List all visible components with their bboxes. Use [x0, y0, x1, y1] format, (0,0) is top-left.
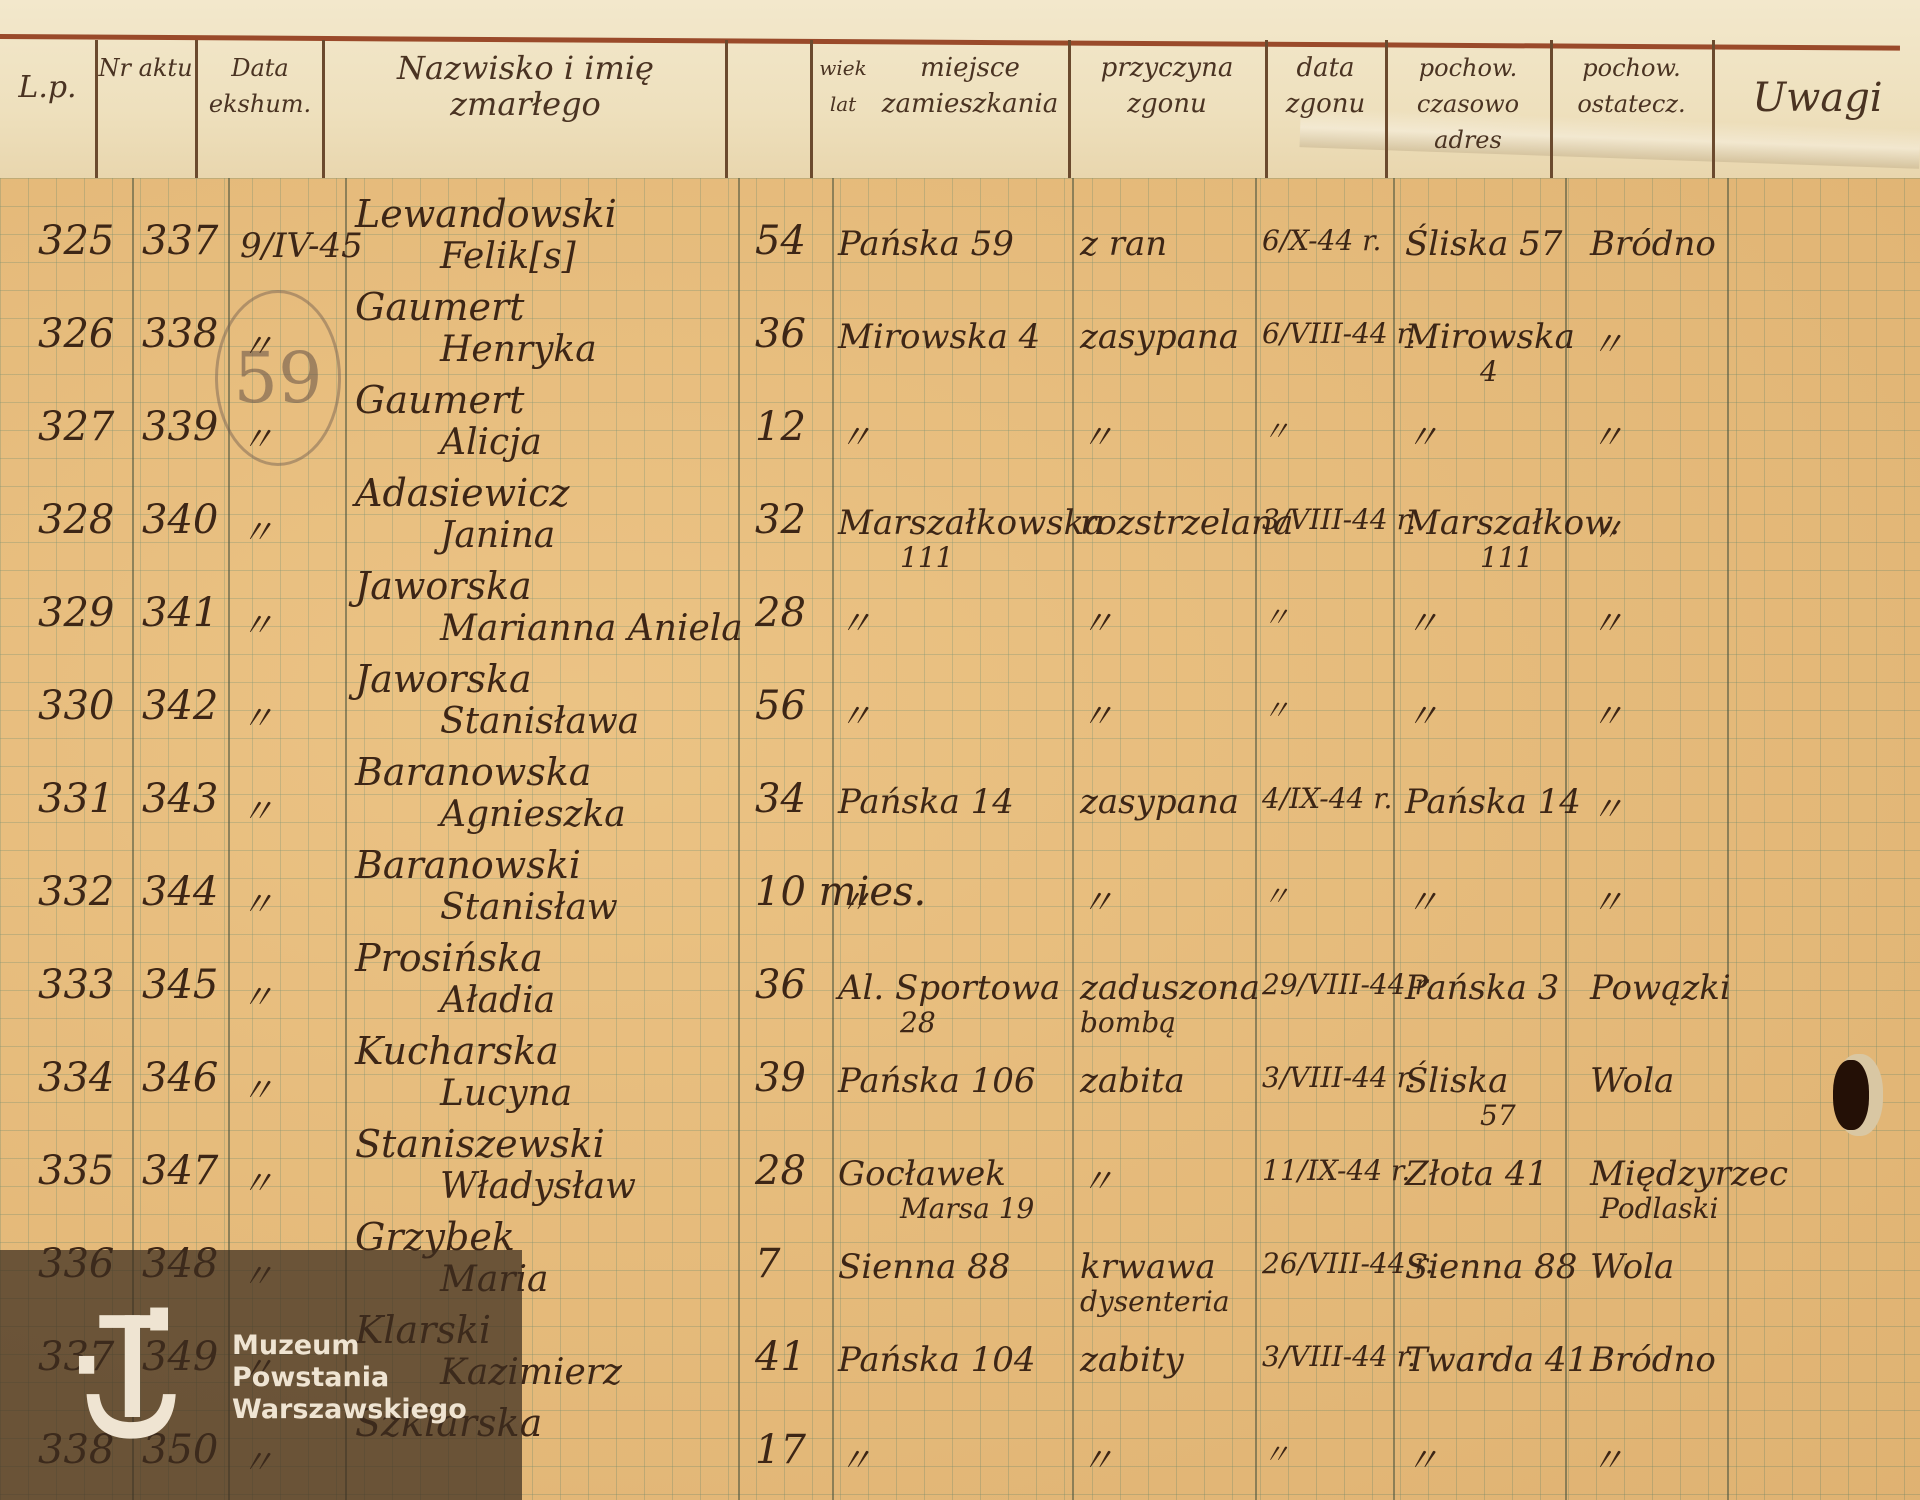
cell-surname: Lewandowski: [355, 192, 617, 236]
cell-final-burial: 〃: [1590, 317, 1624, 366]
cell-akt: 346: [142, 1055, 218, 1101]
cell-lp: 331: [38, 776, 114, 822]
cell-temp-burial-sub: 111: [1480, 541, 1533, 574]
cell-temp-burial: Twarda 41: [1405, 1340, 1588, 1380]
cell-residence: Pańska 104: [838, 1340, 1036, 1380]
cell-final-burial: 〃: [1590, 875, 1624, 924]
cell-akt: 343: [142, 776, 218, 822]
table-row: 328 340 〃 Adasiewicz Janina 32 Marszałko…: [0, 479, 1920, 574]
cell-age: 34: [755, 776, 806, 822]
cell-cause: 〃: [1080, 875, 1114, 924]
cell-residence: Pańska 14: [838, 782, 1014, 822]
cell-residence: Mirowska 4: [838, 317, 1040, 357]
cell-ekshum: 〃: [240, 784, 274, 833]
cell-akt: 337: [142, 218, 218, 264]
cell-temp-burial-sub: 57: [1480, 1099, 1516, 1132]
cell-death-date: 3/VIII-44 r.: [1262, 1061, 1416, 1094]
cell-ekshum: 〃: [240, 691, 274, 740]
cell-akt: 339: [142, 404, 218, 450]
cell-temp-burial: Sienna 88: [1405, 1247, 1577, 1287]
cell-lp: 329: [38, 590, 114, 636]
cell-age: 28: [755, 1148, 806, 1194]
cell-age: 28: [755, 590, 806, 636]
cell-cause: z ran: [1080, 224, 1167, 264]
header-divider: [322, 40, 325, 185]
cell-death-date: 4/IX-44 r.: [1262, 782, 1392, 815]
cell-lp: 334: [38, 1055, 114, 1101]
cell-surname: Gaumert: [355, 285, 524, 329]
museum-name: Muzeum Powstania Warszawskiego: [232, 1330, 467, 1426]
cell-temp-burial: 〃: [1405, 596, 1439, 645]
cell-residence-sub: 111: [900, 541, 953, 574]
cell-residence: Al. Sportowa: [838, 968, 1060, 1008]
cell-residence-sub: 28: [900, 1006, 936, 1039]
cell-lp: 325: [38, 218, 114, 264]
cell-lp: 332: [38, 869, 114, 915]
cell-death-date: 3/VIII-44 r.: [1262, 1340, 1416, 1373]
cell-ekshum: 〃: [240, 319, 274, 368]
cell-temp-burial-sub: 4: [1480, 355, 1498, 388]
cell-residence: 〃: [838, 689, 872, 738]
cell-lp: 328: [38, 497, 114, 543]
cell-temp-burial: 〃: [1405, 689, 1439, 738]
cell-age: 7: [755, 1241, 780, 1287]
cell-residence: 〃: [838, 596, 872, 645]
register-header: L.p. Nr aktu Data ekshum. Nazwisko i imi…: [0, 0, 1920, 185]
cell-surname: Adasiewicz: [355, 471, 570, 515]
cell-final-burial: Międzyrzec: [1590, 1154, 1788, 1194]
header-rule: [0, 34, 1900, 51]
cell-age: 36: [755, 311, 806, 357]
table-row: 333 345 〃 Prosińska Aładia 36 Al. Sporto…: [0, 944, 1920, 1039]
cell-death-date: 3/VIII-44 r.: [1262, 503, 1416, 536]
cell-final-burial: Wola: [1590, 1247, 1674, 1287]
cell-surname: Kucharska: [355, 1029, 559, 1073]
cell-death-date: 〃: [1262, 875, 1290, 915]
cell-akt: 345: [142, 962, 218, 1008]
cell-ekshum: 〃: [240, 505, 274, 554]
cell-residence: Marszałkowska: [838, 503, 1105, 543]
cell-ekshum: 〃: [240, 877, 274, 926]
cell-ekshum: 〃: [240, 598, 274, 647]
cell-age: 12: [755, 404, 806, 450]
cell-cause: 〃: [1080, 410, 1114, 459]
cell-lp: 330: [38, 683, 114, 729]
punch-hole: [1833, 1060, 1869, 1130]
header-lp: L.p.: [0, 70, 95, 106]
cell-ekshum: 〃: [240, 412, 274, 461]
cell-surname: Baranowska: [355, 750, 591, 794]
cell-akt: 338: [142, 311, 218, 357]
cell-cause: zasypana: [1080, 317, 1239, 357]
cell-surname: Jaworska: [355, 657, 532, 701]
header-notes: Uwagi: [1715, 80, 1920, 116]
cell-ekshum: 9/IV-45: [240, 226, 363, 266]
cell-residence: Sienna 88: [838, 1247, 1010, 1287]
cell-given-name: Władysław: [440, 1166, 636, 1207]
cell-residence: Pańska 106: [838, 1061, 1036, 1101]
cell-given-name: Stanisława: [440, 701, 639, 742]
cell-temp-burial: 〃: [1405, 1433, 1439, 1482]
cell-temp-burial: Pańska 14: [1405, 782, 1581, 822]
cell-surname: Staniszewski: [355, 1122, 605, 1166]
header-final-burial: pochow. ostatecz.: [1553, 50, 1710, 122]
cell-death-date: 〃: [1262, 410, 1290, 450]
header-age: wiek lat: [813, 50, 873, 122]
cell-given-name: Henryka: [440, 329, 597, 370]
cell-given-name: Alicja: [440, 422, 542, 463]
cell-temp-burial: 〃: [1405, 875, 1439, 924]
header-death-date: data zgonu: [1268, 50, 1383, 122]
cell-surname: Baranowski: [355, 843, 581, 887]
cell-surname: Jaworska: [355, 564, 532, 608]
cell-residence: 〃: [838, 1433, 872, 1482]
table-row: 329 341 〃 Jaworska Marianna Aniela 28 〃 …: [0, 572, 1920, 667]
cell-akt: 344: [142, 869, 218, 915]
cell-surname: Prosińska: [355, 936, 543, 980]
cell-residence: 〃: [838, 410, 872, 459]
table-row: 330 342 〃 Jaworska Stanisława 56 〃 〃 〃 〃…: [0, 665, 1920, 760]
cell-death-date: 〃: [1262, 596, 1290, 636]
cell-given-name: Janina: [440, 515, 555, 556]
cell-cause: zasypana: [1080, 782, 1239, 822]
table-row: 332 344 〃 Baranowski Stanisław 10 mies. …: [0, 851, 1920, 946]
header-ekshum: Data ekshum.: [198, 50, 322, 122]
cell-lp: 335: [38, 1148, 114, 1194]
cell-final-burial: 〃: [1590, 689, 1624, 738]
header-name: Nazwisko i imię zmarłego: [328, 50, 723, 122]
cell-final-burial: 〃: [1590, 1433, 1624, 1482]
cell-death-date: 6/X-44 r.: [1262, 224, 1381, 257]
cell-akt: 340: [142, 497, 218, 543]
cell-final-burial: Bródno: [1590, 1340, 1716, 1380]
museum-watermark: Muzeum Powstania Warszawskiego: [0, 1250, 522, 1500]
cell-age: 17: [755, 1427, 806, 1473]
cell-final-burial: 〃: [1590, 782, 1624, 831]
cell-cause: zabity: [1080, 1340, 1184, 1380]
cell-age: 36: [755, 962, 806, 1008]
cell-residence-sub: Marsa 19: [900, 1192, 1034, 1225]
cell-residence: Gocławek: [838, 1154, 1006, 1194]
table-row: 325 337 9/IV-45 Lewandowski Felik[s] 54 …: [0, 200, 1920, 295]
cell-temp-burial: Śliska 57: [1405, 224, 1562, 264]
header-temp-burial: pochow. czasowo adres: [1388, 50, 1548, 158]
cell-final-burial: 〃: [1590, 410, 1624, 459]
cell-akt: 341: [142, 590, 218, 636]
cell-residence: 〃: [838, 875, 872, 924]
anchor-kotwica-icon: [70, 1305, 205, 1445]
cell-ekshum: 〃: [240, 1156, 274, 1205]
cell-ekshum: 〃: [240, 1063, 274, 1112]
cell-cause: 〃: [1080, 1433, 1114, 1482]
cell-temp-burial: Pańska 3: [1405, 968, 1559, 1008]
cell-age: 39: [755, 1055, 806, 1101]
header-divider: [725, 40, 728, 185]
cell-given-name: Aładia: [440, 980, 555, 1021]
logo-line-1: Muzeum: [232, 1330, 467, 1362]
table-row: 334 346 〃 Kucharska Lucyna 39 Pańska 106…: [0, 1037, 1920, 1132]
cell-given-name: Stanisław: [440, 887, 618, 928]
cell-lp: 327: [38, 404, 114, 450]
cell-temp-burial: Złota 41: [1405, 1154, 1548, 1194]
header-cause: przyczyna zgonu: [1071, 50, 1263, 122]
cell-cause: 〃: [1080, 689, 1114, 738]
table-row: 327 339 〃 Gaumert Alicja 12 〃 〃 〃 〃 〃: [0, 386, 1920, 481]
cell-age: 54: [755, 218, 806, 264]
cell-temp-burial: Śliska: [1405, 1061, 1508, 1101]
cell-cause: 〃: [1080, 1154, 1114, 1203]
cell-akt: 347: [142, 1148, 218, 1194]
cell-final-burial: Powązki: [1590, 968, 1731, 1008]
cell-lp: 326: [38, 311, 114, 357]
cell-death-date: 〃: [1262, 689, 1290, 729]
cell-cause-sub: dysenteria: [1080, 1285, 1230, 1318]
cell-final-burial-sub: Podlaski: [1600, 1192, 1718, 1225]
cell-given-name: Felik[s]: [440, 236, 576, 277]
cell-final-burial: 〃: [1590, 503, 1624, 552]
cell-final-burial: Wola: [1590, 1061, 1674, 1101]
cell-cause: krwawa: [1080, 1247, 1216, 1287]
cell-temp-burial: Marszałkow.: [1405, 503, 1620, 543]
cell-given-name: Marianna Aniela: [440, 608, 743, 649]
cell-lp: 333: [38, 962, 114, 1008]
table-row: 326 338 〃 Gaumert Henryka 36 Mirowska 4 …: [0, 293, 1920, 388]
cell-cause: zabita: [1080, 1061, 1185, 1101]
cell-akt: 342: [142, 683, 218, 729]
cell-temp-burial: Mirowska: [1405, 317, 1575, 357]
cell-ekshum: 〃: [240, 970, 274, 1019]
cell-age: 56: [755, 683, 806, 729]
cell-surname: Gaumert: [355, 378, 524, 422]
cell-age: 41: [755, 1334, 806, 1380]
header-residence: miejsce zamieszkania: [875, 50, 1065, 122]
logo-line-2: Powstania: [232, 1362, 467, 1394]
cell-given-name: Agnieszka: [440, 794, 626, 835]
cell-age: 32: [755, 497, 806, 543]
cell-final-burial: Bródno: [1590, 224, 1716, 264]
cell-residence: Pańska 59: [838, 224, 1014, 264]
logo-line-3: Warszawskiego: [232, 1394, 467, 1426]
table-row: 331 343 〃 Baranowska Agnieszka 34 Pańska…: [0, 758, 1920, 853]
cell-cause: zaduszona: [1080, 968, 1260, 1008]
cell-final-burial: 〃: [1590, 596, 1624, 645]
cell-death-date: 11/IX-44 r.: [1262, 1154, 1410, 1187]
header-akt: Nr aktu: [98, 50, 193, 86]
cell-cause-sub: bombą: [1080, 1006, 1176, 1039]
cell-death-date: 6/VIII-44 r.: [1262, 317, 1416, 350]
cell-cause: 〃: [1080, 596, 1114, 645]
cell-temp-burial: 〃: [1405, 410, 1439, 459]
cell-given-name: Lucyna: [440, 1073, 572, 1114]
cell-death-date: 〃: [1262, 1433, 1290, 1473]
table-row: 335 347 〃 Staniszewski Władysław 28 Gocł…: [0, 1130, 1920, 1225]
